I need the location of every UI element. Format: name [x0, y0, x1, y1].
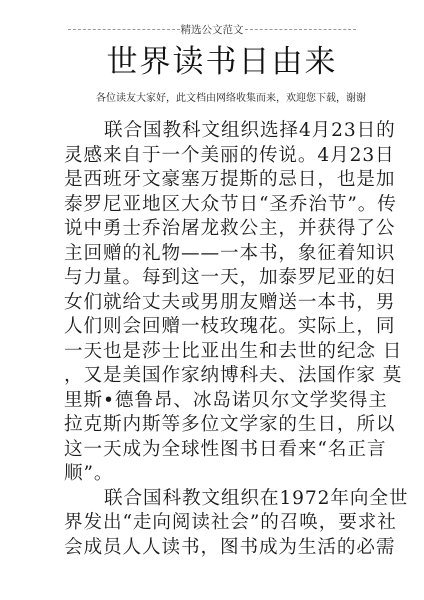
paragraph-line: 会成员人人读书，图书成为生活的必需	[64, 536, 364, 561]
paragraph-line: 说中勇士乔治屠龙救公主，并获得了公	[64, 217, 364, 242]
header-dash-left	[68, 29, 180, 30]
page-title: 世界读书日由来	[0, 36, 424, 81]
paragraph-line: 顺”。	[64, 462, 364, 487]
paragraph-line: 拉克斯内斯等多位文学家的生日，所以	[64, 413, 364, 438]
paragraph-line: ，又是美国作家纳博科夫、法国作家 莫	[64, 364, 364, 389]
paragraph-line: 泰罗尼亚地区大众节日“圣乔治节”。传	[64, 193, 364, 218]
paragraph-line: 是西班牙文豪塞万提斯的忌日，也是加	[64, 168, 364, 193]
paragraph-line: 界发出“走向阅读社会”的召唤，要求社	[64, 511, 364, 536]
paragraph-line: 这一天成为全球性图书日看来“名正言	[64, 438, 364, 463]
document-body: 联合国教科文组织选择4月23日的 灵感来自于一个美丽的传说。4月23日 是西班牙…	[64, 119, 364, 560]
paragraph-line: 灵感来自于一个美丽的传说。4月23日	[64, 144, 364, 169]
header-divider: 精选公文范文	[68, 21, 356, 37]
paragraph-line: 联合国科教文组织在1972年向全世	[64, 487, 364, 512]
paragraph-line: 里斯•德鲁昂、冰岛诺贝尔文学奖得主	[64, 389, 364, 414]
paragraph-line: 人们则会回赠一枝玫瑰花。实际上，同	[64, 315, 364, 340]
header-dash-right	[245, 29, 357, 30]
header-label: 精选公文范文	[180, 22, 245, 37]
paragraph-line: 一天也是莎士比亚出生和去世的纪念 日	[64, 340, 364, 365]
download-note: 各位读友大家好，此文档由网络收集而来，欢迎您下载，谢谢	[96, 89, 366, 104]
paragraph-line: 联合国教科文组织选择4月23日的	[64, 119, 364, 144]
paragraph-line: 女们就给丈夫或男朋友赠送一本书，男	[64, 291, 364, 316]
paragraph-line: 与力量。每到这一天，加泰罗尼亚的妇	[64, 266, 364, 291]
paragraph-line: 主回赠的礼物——一本书，象征着知识	[64, 242, 364, 267]
